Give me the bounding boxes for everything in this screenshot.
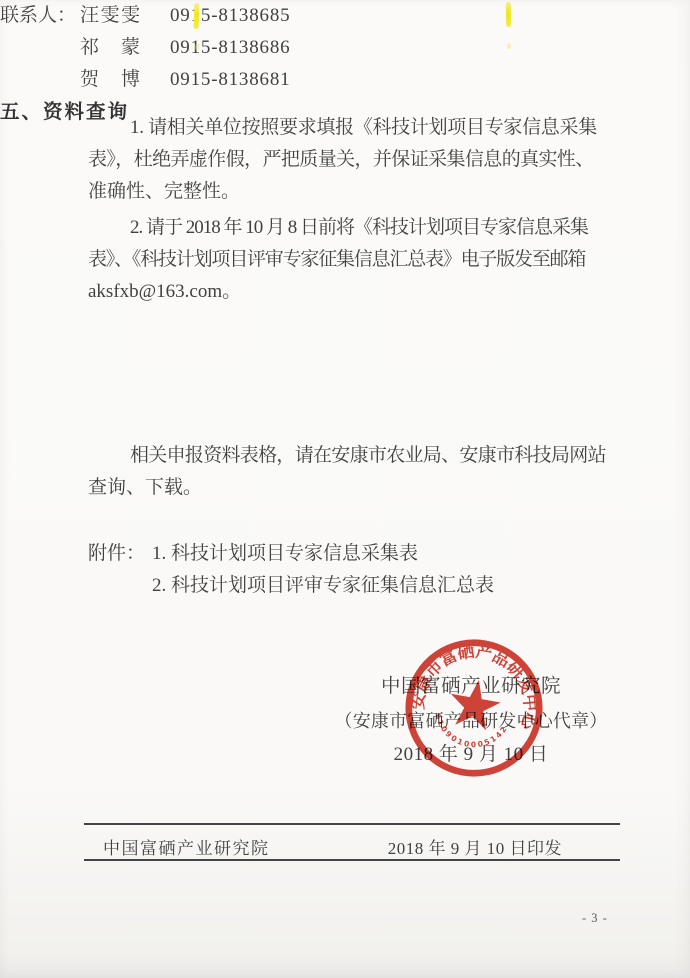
- body-line: 1. 请相关单位按照要求填报《科技计划项目专家信息采集: [88, 112, 605, 144]
- contacts-label: 联系人：: [0, 0, 80, 32]
- paragraph-1: 1. 请相关单位按照要求填报《科技计划项目专家信息采集 表》，杜绝弄虚作假，严把…: [88, 112, 605, 208]
- contacts-block: 联系人：汪雯雯0915-8138685 祁蒙0915-8138686 贺博091…: [0, 0, 460, 96]
- footer-print-date: 2018 年 9 月 10 日印发: [388, 834, 620, 859]
- contact-row: 联系人：汪雯雯0915-8138685: [0, 0, 460, 32]
- contact-name: 汪雯雯: [80, 0, 140, 32]
- seal-star-icon: [446, 676, 504, 732]
- highlighter-mark-right: [506, 2, 511, 27]
- official-seal: 安康市富硒产品研发中心 6109010005142: [392, 626, 557, 791]
- body-line: 查询、下载。: [88, 472, 605, 504]
- highlighter-mark-left: [194, 3, 200, 29]
- contact-phone: 0915-8138681: [170, 69, 290, 90]
- contact-name: 贺博: [80, 64, 140, 96]
- contact-row: 贺博0915-8138681: [0, 64, 460, 96]
- footer-rule-top: [84, 823, 620, 825]
- scanned-document-page: 1. 请相关单位按照要求填报《科技计划项目专家信息采集 表》，杜绝弄虚作假，严把…: [0, 0, 690, 978]
- contact-phone: 0915-8138686: [170, 37, 290, 58]
- footer-row: 中国富硒产业研究院 2018 年 9 月 10 日印发: [84, 834, 620, 858]
- attachments-label: 附件：: [88, 538, 152, 570]
- contact-name: 祁蒙: [80, 32, 140, 64]
- highlighter-dot-left: [195, 44, 199, 50]
- attachments-block: 附件：1. 科技计划项目专家信息采集表 2. 科技计划项目评审专家征集信息汇总表: [88, 538, 605, 602]
- contact-row: 祁蒙0915-8138686: [0, 32, 460, 64]
- footer-rule-bottom: [84, 859, 620, 861]
- email-line: aksfxb@163.com。: [88, 276, 605, 308]
- paragraph-3: 相关申报资料表格，请在安康市农业局、安康市科技局网站 查询、下载。: [88, 440, 605, 504]
- footer-org: 中国富硒产业研究院: [84, 834, 270, 859]
- paragraph-2: 2. 请于 2018 年 10 月 8 日前将《科技计划项目专家信息采集 表》、…: [88, 212, 605, 308]
- highlighter-dot-right: [507, 43, 511, 49]
- attachment-row: 附件：1. 科技计划项目专家信息采集表: [88, 538, 605, 570]
- body-line: 表》，杜绝弄虚作假，严把质量关，并保证采集信息的真实性、: [88, 144, 605, 176]
- seal-serial-number: 6109010005142: [429, 711, 511, 755]
- body-line: 2. 请于 2018 年 10 月 8 日前将《科技计划项目专家信息采集: [88, 212, 605, 244]
- contact-phone: 0915-8138685: [170, 5, 290, 26]
- body-line: 表》、《科技计划项目评审专家征集信息汇总表》电子版发至邮箱: [88, 244, 605, 276]
- attachment-item: 1. 科技计划项目专家信息采集表: [152, 543, 418, 564]
- body-line: 准确性、完整性。: [88, 176, 605, 208]
- attachment-item: 2. 科技计划项目评审专家征集信息汇总表: [152, 575, 494, 596]
- attachment-row: 2. 科技计划项目评审专家征集信息汇总表: [88, 570, 605, 602]
- svg-text:6109010005142: 6109010005142: [429, 711, 511, 755]
- body-line: 相关申报资料表格，请在安康市农业局、安康市科技局网站: [88, 440, 605, 472]
- page-number: - 3 -: [582, 911, 608, 926]
